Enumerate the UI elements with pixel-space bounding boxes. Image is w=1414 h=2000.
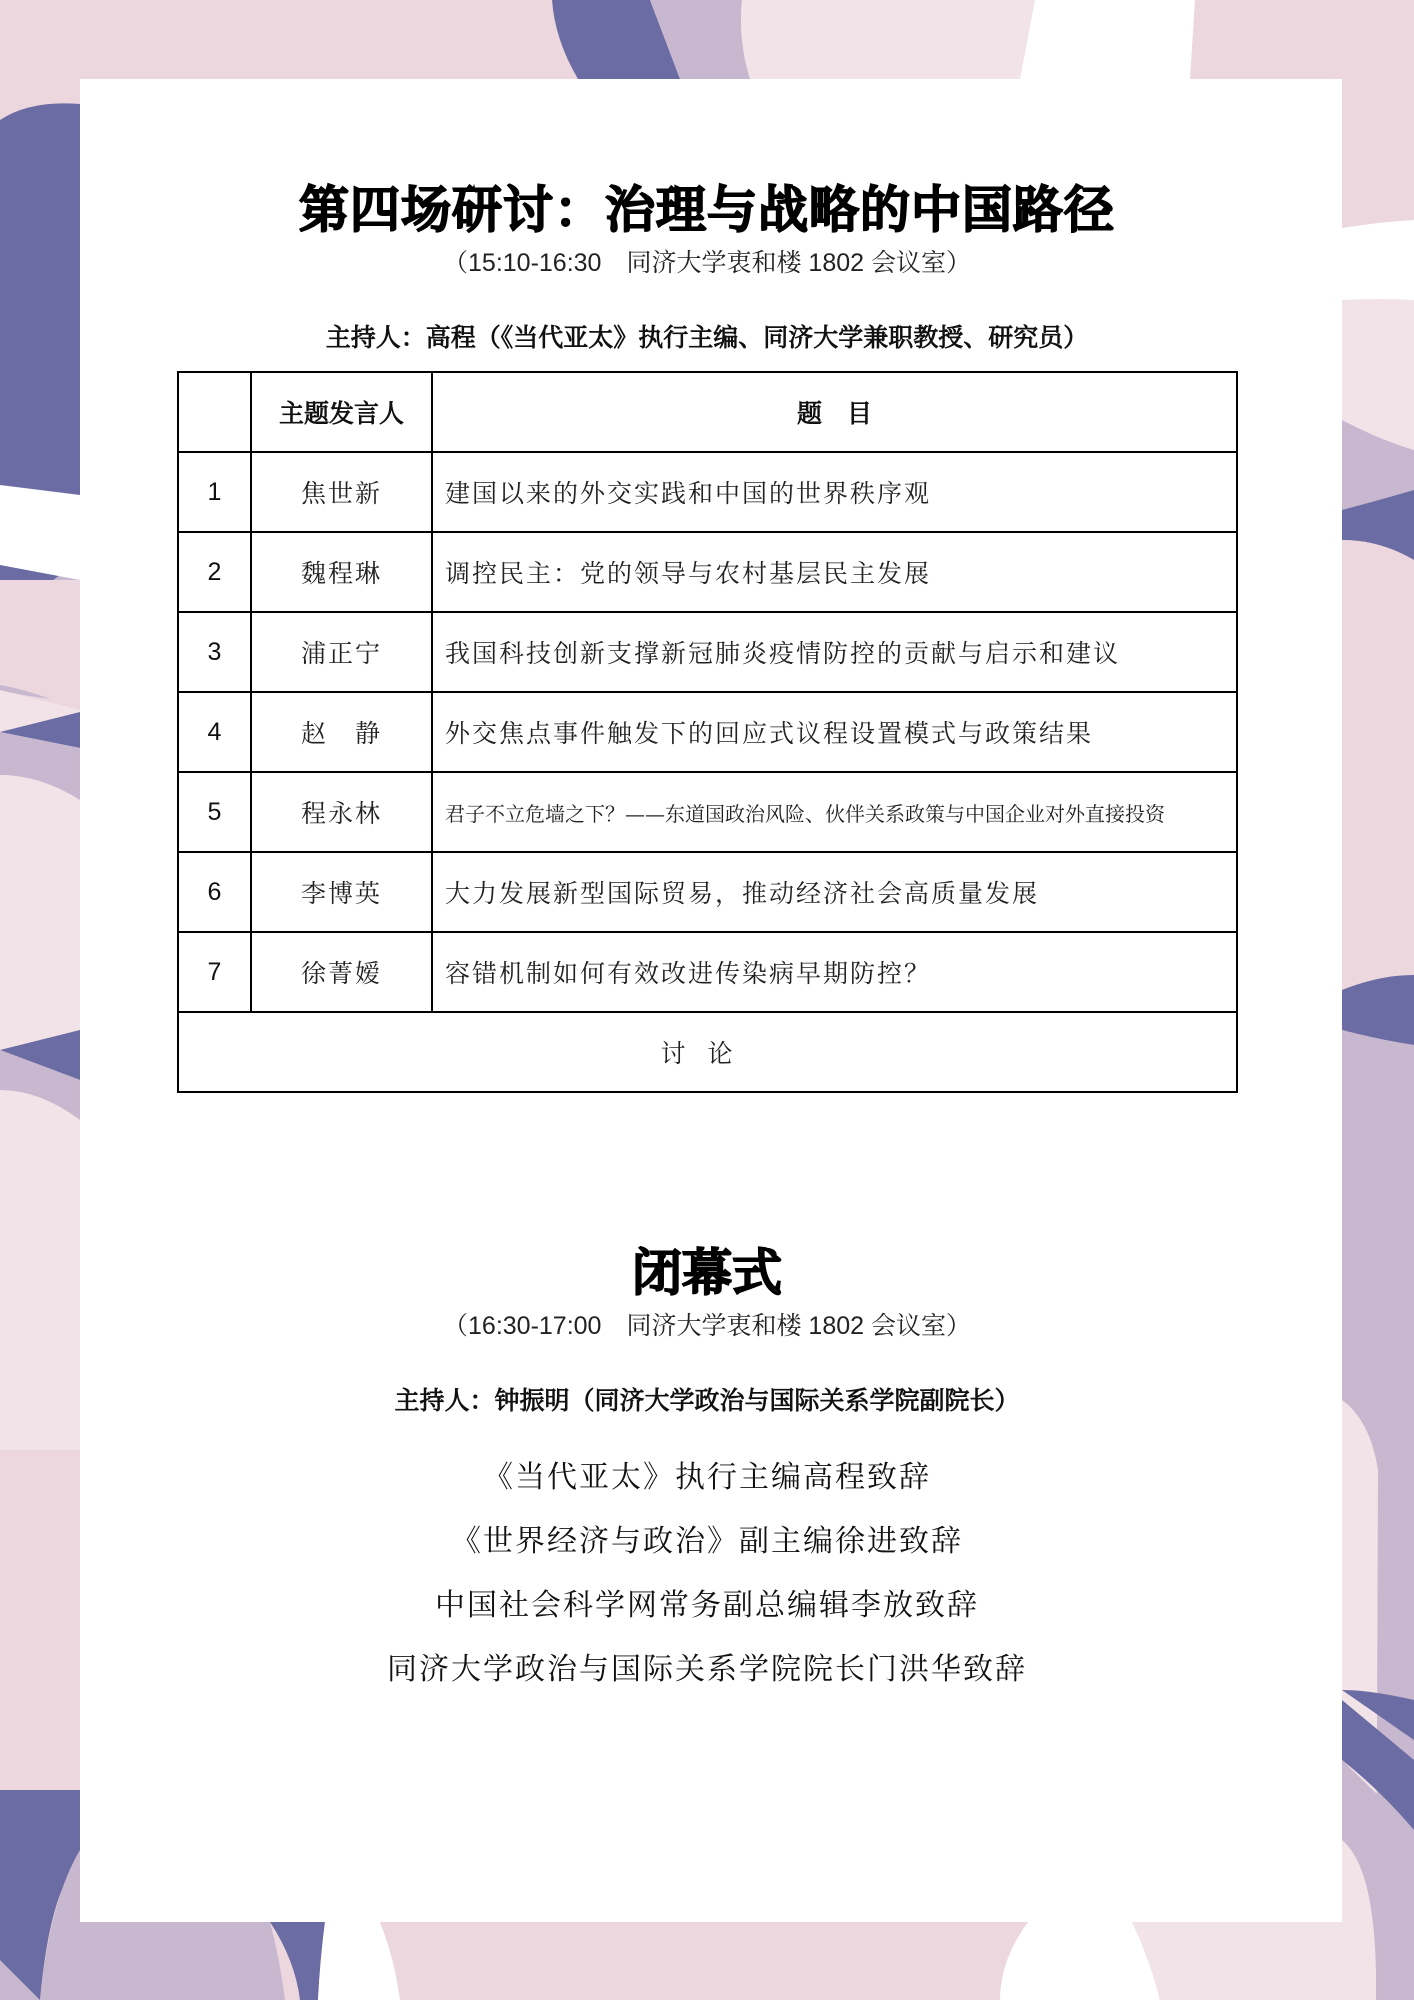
row-speaker: 徐菁嫒 xyxy=(251,932,432,1012)
row-speaker: 魏程琳 xyxy=(251,532,432,612)
closing-title: 闭幕式 xyxy=(0,1233,1414,1305)
row-topic: 建国以来的外交实践和中国的世界秩序观 xyxy=(432,452,1237,532)
session-title: 第四场研讨：治理与战略的中国路径 xyxy=(0,170,1414,242)
row-topic: 外交焦点事件触发下的回应式议程设置模式与政策结果 xyxy=(432,692,1237,772)
discussion-row: 讨论 xyxy=(178,1012,1237,1092)
row-speaker: 焦世新 xyxy=(251,452,432,532)
table-row: 7 徐菁嫒 容错机制如何有效改进传染病早期防控？ xyxy=(178,932,1237,1012)
closing-host: 主持人：钟振明（同济大学政治与国际关系学院副院长） xyxy=(0,1381,1414,1417)
table-row: 4 赵 静 外交焦点事件触发下的回应式议程设置模式与政策结果 xyxy=(178,692,1237,772)
row-number: 7 xyxy=(178,932,251,1012)
discussion-cell: 讨论 xyxy=(178,1012,1237,1092)
table-row: 1 焦世新 建国以来的外交实践和中国的世界秩序观 xyxy=(178,452,1237,532)
row-topic: 大力发展新型国际贸易，推动经济社会高质量发展 xyxy=(432,852,1237,932)
row-topic: 容错机制如何有效改进传染病早期防控？ xyxy=(432,932,1237,1012)
row-number: 5 xyxy=(178,772,251,852)
session-host: 主持人：高程（《当代亚太》执行主编、同济大学兼职教授、研究员） xyxy=(0,318,1414,354)
row-number: 3 xyxy=(178,612,251,692)
row-speaker: 赵 静 xyxy=(251,692,432,772)
row-topic: 调控民主：党的领导与农村基层民主发展 xyxy=(432,532,1237,612)
speaker-table: 主题发言人 题 目 1 焦世新 建国以来的外交实践和中国的世界秩序观 2 魏程琳… xyxy=(177,371,1238,1093)
header-speaker: 主题发言人 xyxy=(251,372,432,452)
table-row: 5 程永林 君子不立危墙之下？——东道国政治风险、伙伴关系政策与中国企业对外直接… xyxy=(178,772,1237,852)
closing-time-location: （16:30-17:00 同济大学衷和楼 1802 会议室） xyxy=(0,1306,1414,1342)
session-time-location: （15:10-16:30 同济大学衷和楼 1802 会议室） xyxy=(0,243,1414,279)
row-topic: 我国科技创新支撑新冠肺炎疫情防控的贡献与启示和建议 xyxy=(432,612,1237,692)
closing-speech-item: 《世界经济与政治》副主编徐进致辞 xyxy=(0,1516,1414,1560)
table-row: 6 李博英 大力发展新型国际贸易，推动经济社会高质量发展 xyxy=(178,852,1237,932)
table-row: 3 浦正宁 我国科技创新支撑新冠肺炎疫情防控的贡献与启示和建议 xyxy=(178,612,1237,692)
row-number: 4 xyxy=(178,692,251,772)
row-number: 2 xyxy=(178,532,251,612)
row-speaker: 李博英 xyxy=(251,852,432,932)
closing-speech-item: 《当代亚太》执行主编高程致辞 xyxy=(0,1452,1414,1496)
closing-speech-item: 中国社会科学网常务副总编辑李放致辞 xyxy=(0,1580,1414,1624)
table-header-row: 主题发言人 题 目 xyxy=(178,372,1237,452)
table-row: 2 魏程琳 调控民主：党的领导与农村基层民主发展 xyxy=(178,532,1237,612)
row-speaker: 程永林 xyxy=(251,772,432,852)
row-topic: 君子不立危墙之下？——东道国政治风险、伙伴关系政策与中国企业对外直接投资 xyxy=(432,772,1237,852)
header-topic: 题 目 xyxy=(432,372,1237,452)
row-number: 1 xyxy=(178,452,251,532)
header-number xyxy=(178,372,251,452)
row-speaker: 浦正宁 xyxy=(251,612,432,692)
row-number: 6 xyxy=(178,852,251,932)
closing-speech-item: 同济大学政治与国际关系学院院长门洪华致辞 xyxy=(0,1644,1414,1688)
